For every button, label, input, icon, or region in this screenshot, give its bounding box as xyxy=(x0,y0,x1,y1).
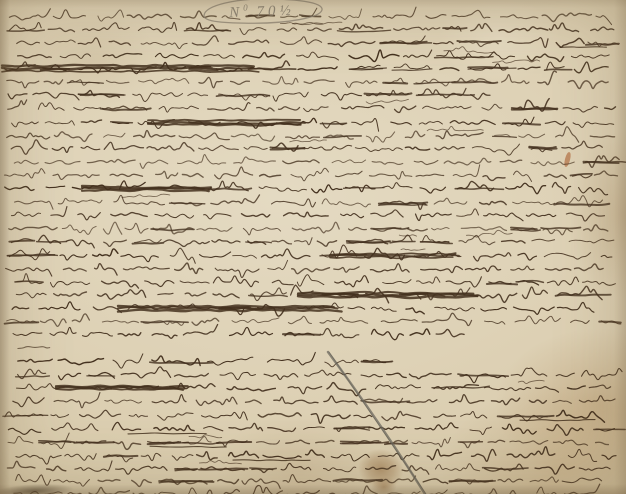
red-ink-mark xyxy=(563,152,571,168)
manuscript-page: N0 70½ xyxy=(0,0,626,494)
handwriting-layer xyxy=(0,0,626,494)
page-number-pencil: N0 70½ xyxy=(194,0,331,27)
page-number-prefix: N xyxy=(229,4,244,20)
paper-texture-overlay xyxy=(0,0,626,494)
page-number-sup: 0 xyxy=(243,2,249,12)
bottom-left-shadow xyxy=(0,482,74,494)
page-number-text: N0 70½ xyxy=(229,0,295,21)
edge-vignette xyxy=(0,0,626,494)
page-number-value: 70½ xyxy=(256,2,295,19)
